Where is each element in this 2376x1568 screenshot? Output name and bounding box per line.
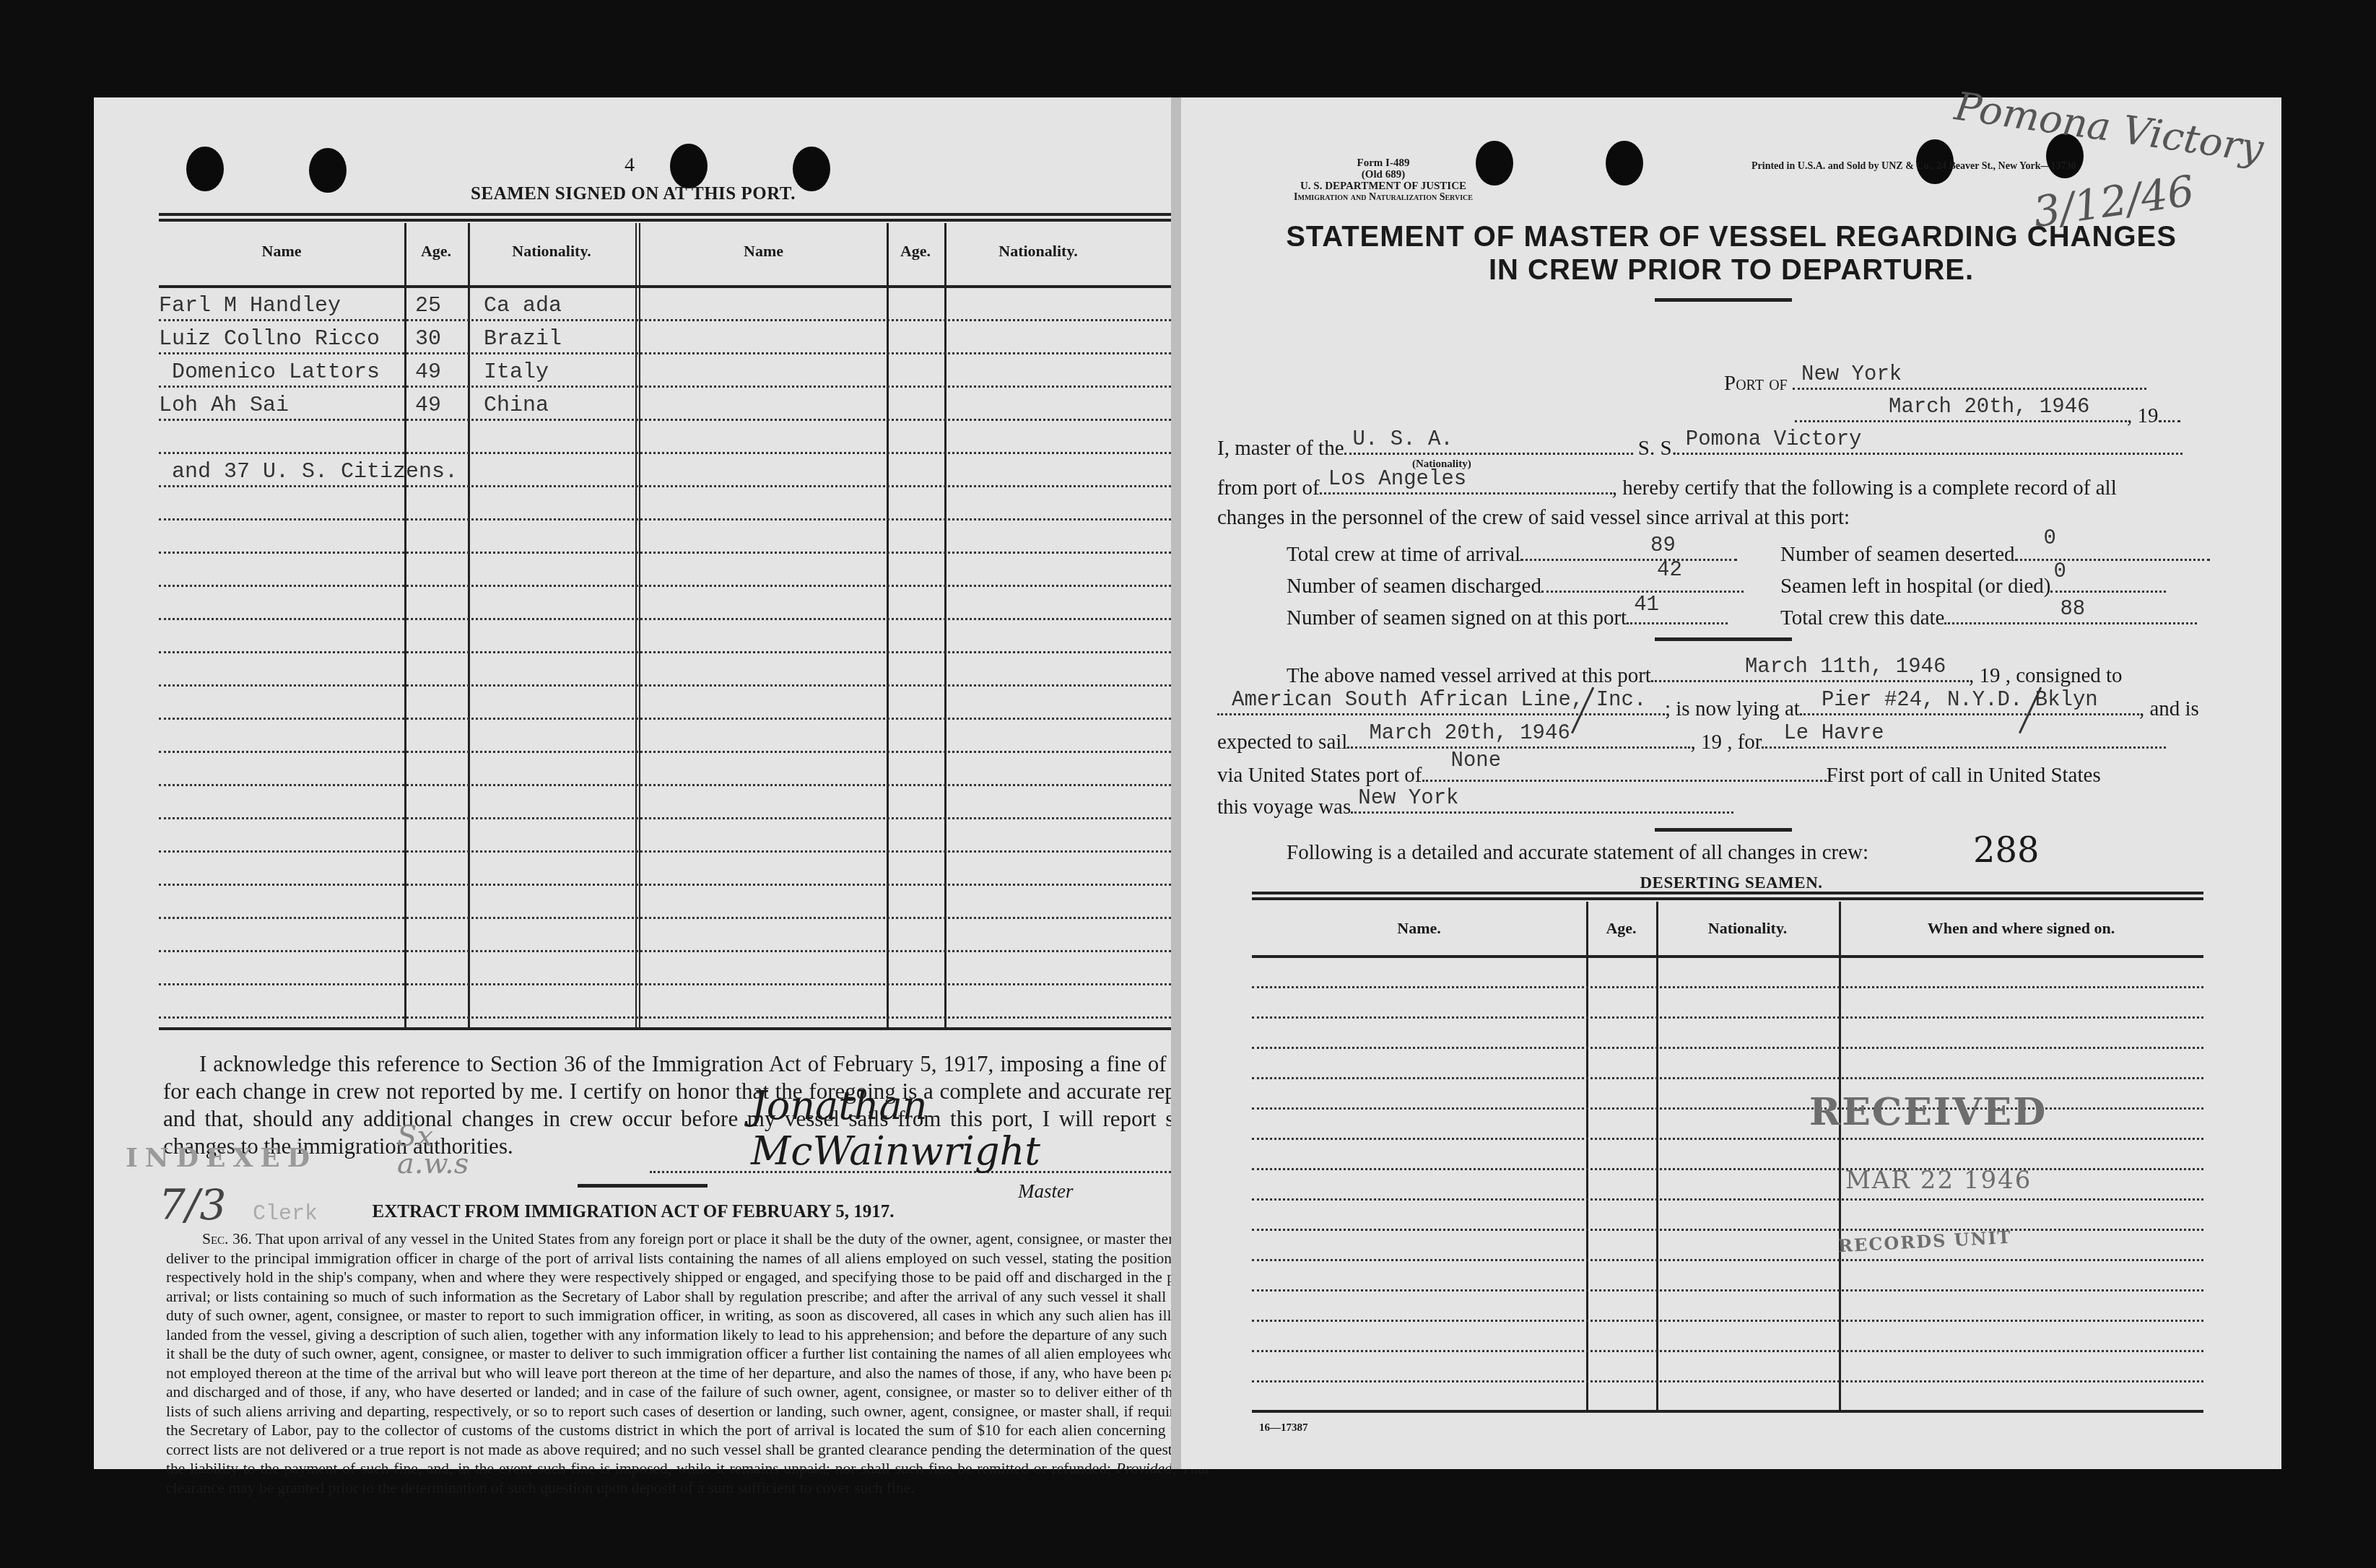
table-row: Domenico Lattors 49 Italy [159,354,1202,388]
master-of-field: I, master of theU. S. A. S. S.Pomona Vic… [1217,433,2183,461]
consignee-field: American South African Line, Inc.; is no… [1217,694,2199,721]
extract-text: Sec. 36. That upon arrival of any vessel… [166,1229,1209,1497]
header-nationality: Nationality. [468,242,635,261]
table-row [159,521,1202,554]
extract-title: EXTRACT FROM IMMIGRATION ACT OF FEBRUARY… [94,1202,1172,1222]
table-body [1252,958,2203,1406]
divider-rule [578,1184,708,1188]
service: Immigration and Naturalization Service [1253,192,1513,204]
page-number: 4 [625,154,635,177]
seaman-name: Farl M Handley [159,294,341,318]
table-row [1252,1261,2203,1292]
header-name: Name [159,242,404,261]
header-age-2: Age. [887,242,944,261]
footer-code: 16—17387 [1259,1422,1308,1434]
seaman-name: Domenico Lattors [172,360,380,385]
signed-on-table: Name Age. Nationality. Name Age. Nationa… [159,213,1202,1030]
table-row [159,853,1202,886]
from-port-value: Los Angeles [1328,467,1466,491]
header-name: Name. [1252,919,1586,938]
divider-rule [1655,637,1792,641]
seaman-nationality: Italy [484,360,549,385]
right-page: Form I-489 (Old 689) U. S. DEPARTMENT OF… [1181,97,2281,1469]
table-row [1252,958,2203,988]
table-row [159,620,1202,653]
seaman-nationality: China [484,393,549,418]
port-field: Port of New York [1724,368,2146,396]
header-nationality: Nationality. [1656,919,1839,938]
table-row [1252,1170,2203,1201]
stat-value: 0 [2044,526,2056,550]
table-top-rule [1252,892,2203,900]
table-row [159,886,1202,919]
title-line-2: IN CREW PRIOR TO DEPARTURE. [1181,253,2281,287]
seaman-age: 25 [415,294,441,318]
indexed-stamp: INDEXED [126,1143,317,1173]
via-port-field: via United States port ofNoneFirst port … [1217,760,2101,788]
port-value: New York [1801,362,1902,386]
header-age: Age. [1586,919,1656,938]
stat-value: 88 [2060,597,2085,621]
received-date-stamp: MAR 22 1946 [1845,1166,2032,1195]
arrived-value: March 11th, 1946 [1745,655,1946,679]
table-bottom-rule [159,1027,1202,1030]
table-row [1252,1382,2203,1413]
table-row [1252,1292,2203,1322]
stat-value: 0 [2053,559,2066,583]
divider-rule [1655,828,1792,832]
table-row [159,687,1202,720]
stat-signed-on: Number of seamen signed on at this port4… [1287,603,1728,630]
citizens-note: and 37 U. S. Citizens. [172,460,458,484]
stat-discharged: Number of seamen discharged42 [1287,571,1744,598]
punch-hole [1606,141,1643,186]
stat-value: 41 [1634,593,1659,617]
table-row: Farl M Handley 25 Ca ada [159,288,1202,321]
via-port-value: None [1451,749,1502,772]
table-row [159,720,1202,753]
punch-hole [670,144,708,188]
master-label: Master [1018,1180,1074,1203]
destination-value: Le Havre [1783,721,1884,745]
signature-line: Jonathan McWainwright [650,1144,1206,1173]
seaman-nationality: Ca ada [484,294,562,318]
seaman-age: 30 [415,327,441,352]
header-nationality-2: Nationality. [944,242,1132,261]
received-stamp: RECEIVED [1809,1090,2047,1134]
sail-date-value: March 20th, 1946 [1369,721,1570,745]
table-row [1252,988,2203,1019]
stat-deserted: Number of seamen deserted0 [1780,539,2210,567]
arrived-field: The above named vessel arrived at this p… [1287,661,2123,688]
table-row [159,819,1202,853]
table-row: Loh Ah Sai 49 China [159,388,1202,421]
department: U. S. DEPARTMENT OF JUSTICE [1253,180,1513,192]
date-field: March 20th, 1946, 19 [1795,401,2180,428]
printer-line: Printed in U.S.A. and Sold by UNZ & Co.,… [1751,161,2076,173]
table-row [1252,1231,2203,1261]
extract-section: Sec. 36. [202,1230,252,1247]
handwritten-vessel-name: Pomona Victory [1952,83,2266,171]
from-port-field: from port ofLos Angeles, hereby certify … [1217,473,2117,500]
table-bottom-rule [1252,1410,2203,1413]
deserting-title: DESERTING SEAMEN. [1181,874,2281,892]
stamped-number: 288 [1973,830,2040,871]
table-row [159,952,1202,985]
table-top-rule [159,213,1202,222]
form-header: Form I-489 (Old 689) U. S. DEPARTMENT OF… [1253,157,1513,204]
seaman-nationality: Brazil [484,327,562,352]
table-row [1252,1201,2203,1231]
voyage-value: New York [1358,786,1458,810]
table-row [159,753,1202,786]
master-signature: Jonathan McWainwright [751,1083,1206,1174]
seaman-age: 49 [415,360,441,385]
header-when-where: When and where signed on. [1839,919,2203,938]
table-row [159,421,1202,454]
table-row [159,919,1202,952]
stat-value: 89 [1650,533,1676,557]
table-row [159,653,1202,687]
table-row [1252,1110,2203,1140]
table-row [159,587,1202,620]
table-row [159,487,1202,521]
table-row [1252,1019,2203,1049]
stat-value: 42 [1657,558,1682,582]
seaman-name: Loh Ah Sai [159,393,289,418]
handwritten-initials: Sx a.w.s [397,1123,484,1177]
pier-value: Pier #24, N.Y.D. Bklyn [1822,688,2098,712]
table-row [1252,1352,2203,1382]
left-page: 4 SEAMEN SIGNED ON AT THIS PORT. Name Ag… [94,97,1172,1469]
form-number: Form I-489 [1253,157,1513,169]
header-age: Age. [404,242,468,261]
table-row [1252,1049,2203,1079]
table-row [1252,1079,2203,1110]
table-row [1252,1140,2203,1170]
section-title: SEAMEN SIGNED ON AT THIS PORT. [94,184,1172,204]
sail-field: expected to sailMarch 20th, 1946, 19 , f… [1217,727,2166,754]
nationality-value: U. S. A. [1353,427,1453,451]
table-row [159,985,1202,1019]
following-text: Following is a detailed and accurate sta… [1287,841,1868,865]
table-row [159,554,1202,587]
date-value: March 20th, 1946 [1889,395,2089,419]
title-rule [1655,298,1792,302]
vessel-name-value: Pomona Victory [1686,427,1862,451]
form-old-number: (Old 689) [1253,169,1513,180]
table-row: and 37 U. S. Citizens. [159,454,1202,487]
voyage-field: this voyage wasNew York [1217,792,1733,819]
changes-text: changes in the personnel of the crew of … [1217,506,1850,530]
form-title: STATEMENT OF MASTER OF VESSEL REGARDING … [1181,220,2281,287]
table-row [1252,1322,2203,1352]
seaman-name: Luiz Collno Ricco [159,327,380,352]
table-row [159,786,1202,819]
stat-total-date: Total crew this date88 [1780,603,2197,630]
header-name-2: Name [640,242,887,261]
title-line-1: STATEMENT OF MASTER OF VESSEL REGARDING … [1181,220,2281,253]
table-row: Luiz Collno Ricco 30 Brazil [159,321,1202,354]
seaman-age: 49 [415,393,441,418]
deserting-seamen-table: Name. Age. Nationality. When and where s… [1252,892,2203,1413]
stat-hospital: Seamen left in hospital (or died)0 [1780,571,2166,598]
